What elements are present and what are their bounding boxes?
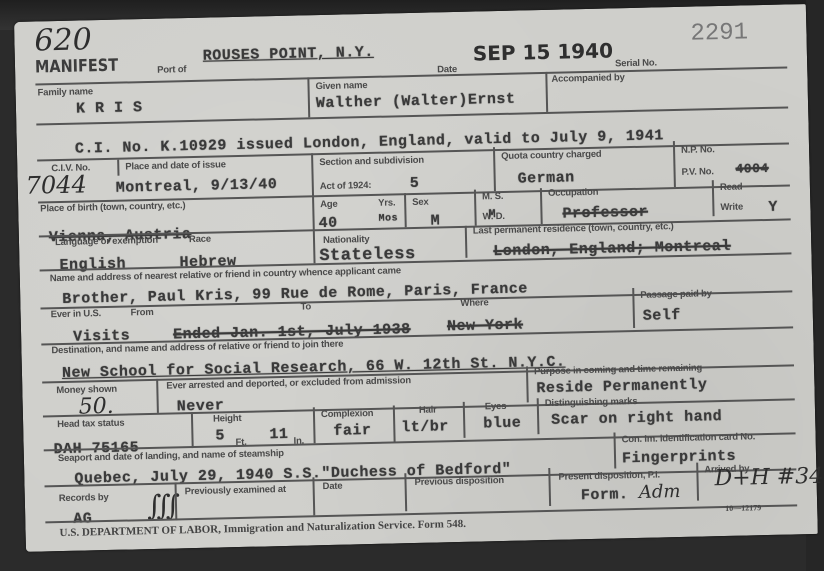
age-label: Age: [320, 199, 338, 210]
yrs-label: Yrs.: [378, 197, 395, 208]
records-value: AG: [73, 510, 92, 527]
eyes-value: blue: [483, 415, 521, 433]
prev-date-label: Date: [322, 481, 342, 492]
divider: [404, 193, 406, 227]
read-label: Read: [720, 182, 743, 194]
place-date-issue-value: Montreal, 9/13/40: [116, 176, 278, 197]
marks-value: Scar on right hand: [551, 408, 722, 429]
serial-label: Serial No.: [615, 57, 657, 69]
divider: [673, 141, 676, 187]
occupation-label: Occupation: [548, 187, 599, 199]
race-label: Race: [189, 234, 211, 245]
hair-value: lt/br: [401, 418, 449, 436]
footer-code: 10—12179: [725, 503, 761, 513]
divider: [545, 72, 547, 112]
divider: [117, 160, 119, 176]
civ-no-value: 7044: [25, 170, 87, 199]
read-write-value: Y: [768, 199, 778, 216]
family-name-label: Family name: [37, 86, 93, 98]
divider: [474, 190, 476, 226]
present-disposition-label: Present disposition, P.I.: [558, 469, 660, 482]
pv-no-label: P.V. No.: [681, 166, 713, 178]
last-residence-label: Last permanent residence (town, country,…: [473, 221, 674, 237]
nationality-label: Nationality: [323, 234, 370, 246]
hair-label: Hair: [419, 405, 437, 416]
ever-in-us-label: Ever in U.S.: [51, 308, 102, 320]
purpose-value: Reside Permanently: [536, 376, 707, 397]
given-name-label: Given name: [315, 80, 367, 92]
occupation-value: Professor: [562, 204, 648, 223]
write-label: Write: [720, 202, 743, 214]
manifest-card: 620 MANIFEST Port of ROUSES POINT, N.Y. …: [14, 4, 818, 552]
from-label: From: [131, 307, 154, 319]
passage-label: Passage paid by: [640, 288, 712, 301]
divider: [465, 226, 467, 258]
rule: [35, 66, 787, 85]
serial-number: 2291: [690, 19, 748, 47]
con-im-label: Con. Im. identification card No.: [622, 431, 756, 445]
records-label: Records by: [59, 492, 109, 504]
previously-examined-label: Previously examined at: [185, 484, 286, 497]
where-label: Where: [460, 297, 488, 309]
mos-value: Mos: [378, 213, 398, 224]
card-title: MANIFEST: [35, 56, 118, 78]
language-label: Language or exemption: [55, 235, 158, 248]
quota-value: German: [518, 169, 575, 187]
ms-value: M: [488, 207, 496, 221]
section-value: 5: [410, 175, 420, 192]
accompanied-by-label: Accompanied by: [551, 72, 624, 85]
eyes-label: Eyes: [485, 401, 507, 412]
sex-label: Sex: [412, 197, 429, 208]
divider: [191, 412, 193, 448]
marks-label: Distinguishing marks: [545, 396, 638, 409]
arrived-by-value: D+H #34: [714, 464, 823, 491]
height-label: Height: [213, 413, 242, 425]
divider: [307, 77, 309, 117]
divider: [312, 477, 314, 515]
to-label: To: [300, 301, 311, 312]
present-disposition-value: Form.: [581, 486, 629, 504]
act-label: Act of 1924:: [320, 180, 372, 192]
divider: [313, 407, 315, 443]
port-label: Port of: [157, 64, 186, 76]
place-date-issue-label: Place and date of issue: [125, 159, 226, 172]
quota-label: Quota country charged: [501, 149, 602, 162]
date-stamp: SEP 15 1940: [473, 38, 614, 65]
present-disposition-handwritten: Adm: [639, 481, 681, 503]
np-no-label: N.P. No.: [681, 144, 715, 156]
given-name-value: Walther (Walter)Ernst: [316, 91, 516, 113]
divider: [540, 188, 542, 224]
port-value: ROUSES POINT, N.Y.: [203, 44, 374, 65]
ms-label: M. S.: [482, 191, 503, 202]
passage-value: Self: [643, 307, 681, 325]
complexion-label: Complexion: [321, 408, 374, 420]
prev-disposition-label: Previous disposition: [414, 475, 504, 488]
relative-value: Brother, Paul Kris, 99 Rue de Rome, Pari…: [62, 280, 528, 308]
section-label: Section and subdivision: [319, 155, 424, 168]
birth-place-label: Place of birth (town, country, etc.): [40, 200, 185, 214]
divider: [493, 147, 495, 191]
head-tax-label: Head tax status: [57, 418, 124, 431]
family-name-value: K R I S: [76, 99, 143, 118]
handwritten-number: 620: [34, 22, 92, 58]
complexion-value: fair: [333, 422, 371, 440]
height-in-value: 11: [269, 426, 288, 443]
divider: [156, 379, 158, 413]
height-ft-value: 5: [215, 427, 225, 444]
divider: [393, 405, 395, 441]
pv-no-value: 4004: [735, 161, 769, 177]
divider: [696, 463, 698, 501]
divider: [311, 153, 315, 263]
